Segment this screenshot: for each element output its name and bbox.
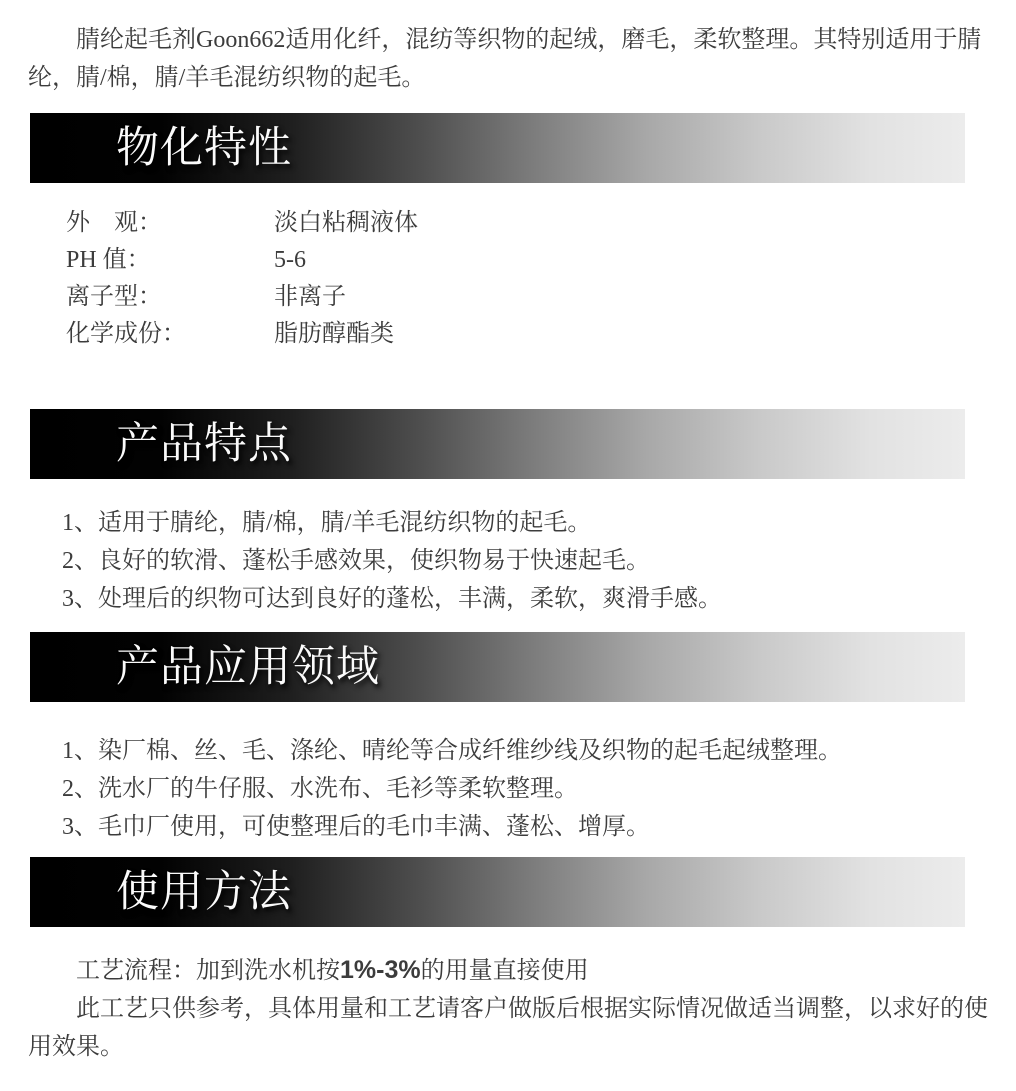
section-title-applications: 产品应用领域 xyxy=(30,632,380,702)
properties-table: 外 观： 淡白粘稠液体 PH 值： 5-6 离子型： 非离子 化学成份： 脂肪醇… xyxy=(66,205,1016,353)
section-title-properties: 物化特性 xyxy=(30,113,292,183)
property-label: 化学成份： xyxy=(66,316,274,353)
applications-list: 1、染厂棉、丝、毛、涤纶、晴纶等合成纤维纱线及织物的起毛起绒整理。 2、洗水厂的… xyxy=(62,732,1016,846)
property-label: PH 值： xyxy=(66,242,274,279)
usage-section: 工艺流程：加到洗水机按1%-3%的用量直接使用 此工艺只供参考，具体用量和工艺请… xyxy=(0,951,1016,1066)
list-item: 2、良好的软滑、蓬松手感效果，使织物易于快速起毛。 xyxy=(62,542,1016,580)
intro-section: 腈纶起毛剂Goon662适用化纤，混纺等织物的起绒，磨毛，柔软整理。其特别适用于… xyxy=(0,0,1016,97)
features-list: 1、适用于腈纶，腈/棉，腈/羊毛混纺织物的起毛。 2、良好的软滑、蓬松手感效果，… xyxy=(62,504,1016,618)
list-item: 3、毛巾厂使用，可使整理后的毛巾丰满、蓬松、增厚。 xyxy=(62,808,1016,846)
list-item: 1、适用于腈纶，腈/棉，腈/羊毛混纺织物的起毛。 xyxy=(62,504,1016,542)
property-value: 淡白粘稠液体 xyxy=(274,205,418,242)
section-banner-applications: 产品应用领域 xyxy=(30,632,965,702)
property-value: 脂肪醇酯类 xyxy=(274,316,394,353)
intro-paragraph: 腈纶起毛剂Goon662适用化纤，混纺等织物的起绒，磨毛，柔软整理。其特别适用于… xyxy=(28,21,990,97)
property-row: PH 值： 5-6 xyxy=(66,242,1016,279)
property-row: 离子型： 非离子 xyxy=(66,279,1016,316)
usage-process-line: 工艺流程：加到洗水机按1%-3%的用量直接使用 xyxy=(28,951,990,990)
section-title-usage: 使用方法 xyxy=(30,857,292,927)
list-item: 3、处理后的织物可达到良好的蓬松，丰满，柔软，爽滑手感。 xyxy=(62,580,1016,618)
property-label: 离子型： xyxy=(66,279,274,316)
property-row: 化学成份： 脂肪醇酯类 xyxy=(66,316,1016,353)
usage-process-suffix: 的用量直接使用 xyxy=(421,958,589,984)
section-banner-features: 产品特点 xyxy=(30,409,965,479)
property-label: 外 观： xyxy=(66,205,274,242)
section-banner-properties: 物化特性 xyxy=(30,113,965,183)
usage-dosage-percentage: 1%-3% xyxy=(340,956,421,984)
product-datasheet: 腈纶起毛剂Goon662适用化纤，混纺等织物的起绒，磨毛，柔软整理。其特别适用于… xyxy=(0,0,1016,1091)
property-row: 外 观： 淡白粘稠液体 xyxy=(66,205,1016,242)
list-item: 1、染厂棉、丝、毛、涤纶、晴纶等合成纤维纱线及织物的起毛起绒整理。 xyxy=(62,732,1016,770)
section-title-features: 产品特点 xyxy=(30,409,292,479)
usage-note: 此工艺只供参考，具体用量和工艺请客户做版后根据实际情况做适当调整，以求好的使用效… xyxy=(28,990,990,1066)
usage-process-prefix: 工艺流程：加到洗水机按 xyxy=(76,958,340,984)
section-banner-usage: 使用方法 xyxy=(30,857,965,927)
property-value: 非离子 xyxy=(274,279,346,316)
property-value: 5-6 xyxy=(274,242,306,279)
list-item: 2、洗水厂的牛仔服、水洗布、毛衫等柔软整理。 xyxy=(62,770,1016,808)
